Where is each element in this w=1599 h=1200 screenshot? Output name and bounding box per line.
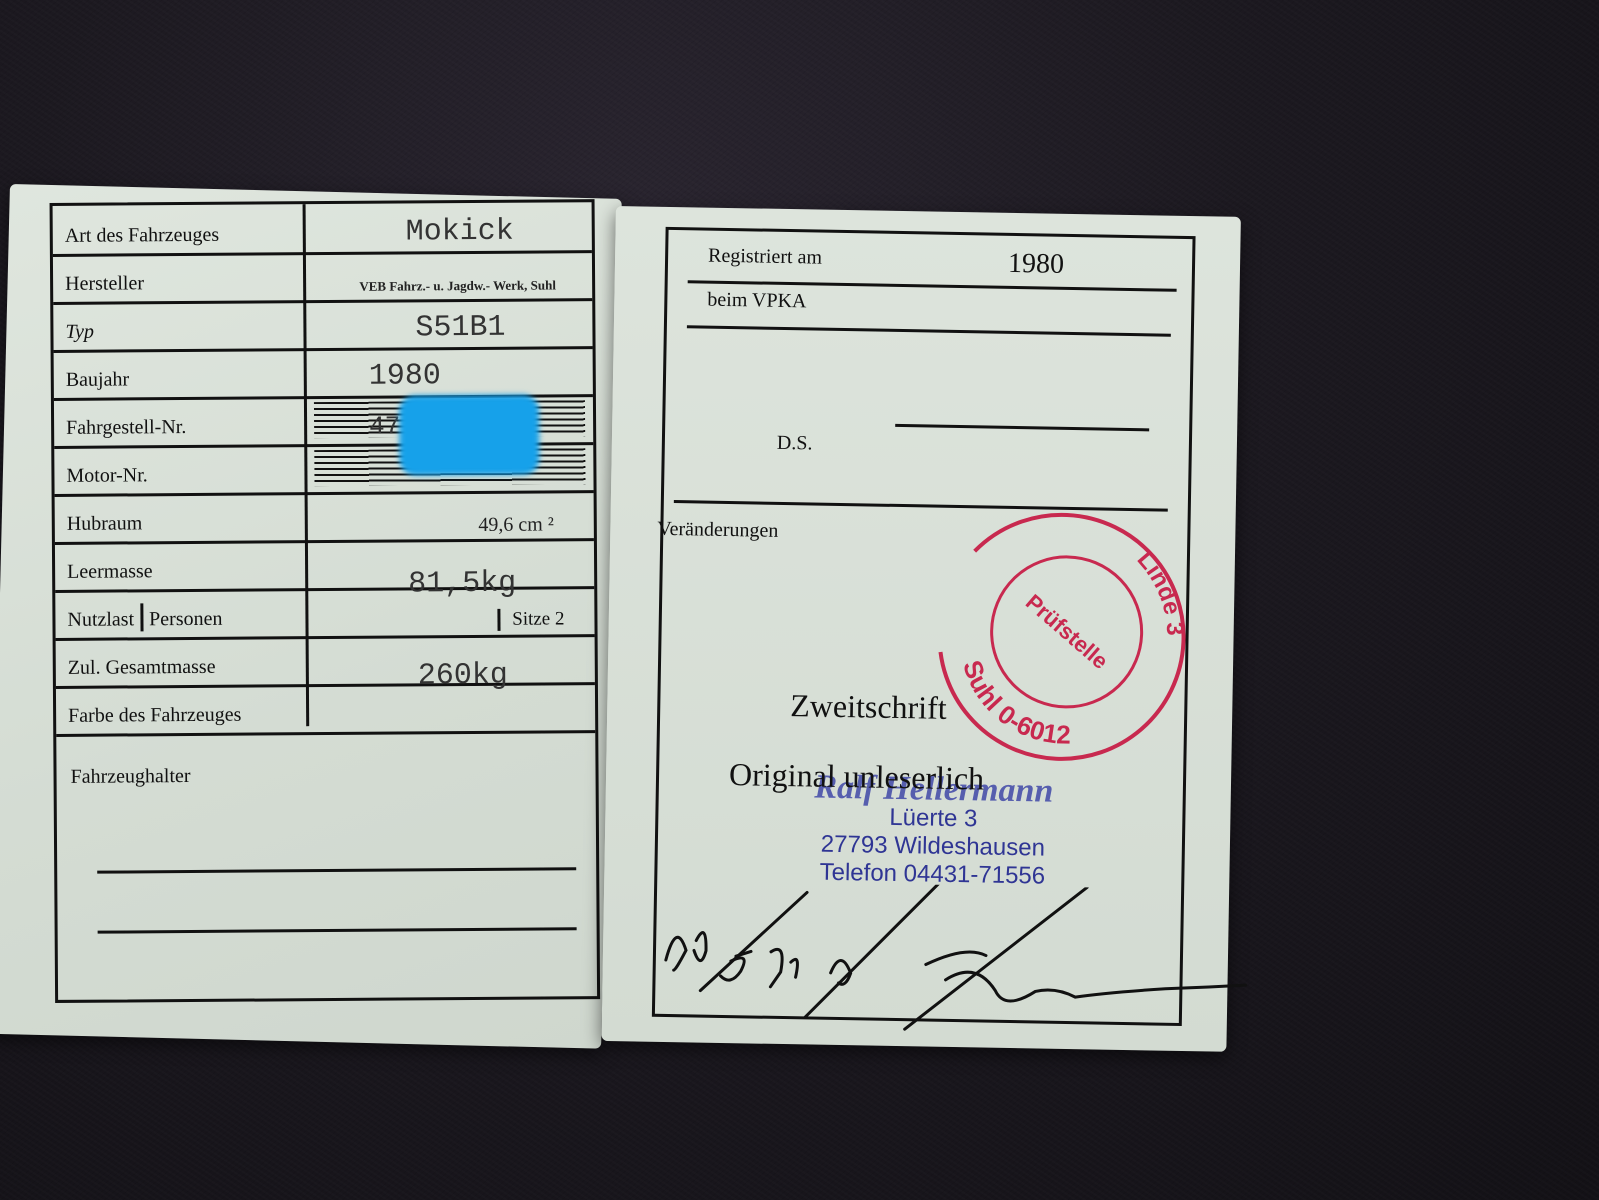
field-label: NutzlastPersonen — [67, 603, 222, 632]
field-fahrgestell: Fahrgestell-Nr. 47 — [54, 394, 593, 449]
svg-text:Linde 3: Linde 3 — [1130, 546, 1190, 637]
stamp-ring-left: Suhl 0-6012 — [956, 656, 1072, 750]
registered-label: Registriert am — [708, 245, 822, 270]
redaction-blur — [399, 395, 540, 476]
field-label: Hubraum — [67, 512, 143, 536]
field-label: Baujahr — [66, 368, 129, 391]
copy-note: Zweitschrift — [790, 687, 947, 727]
field-leermasse: Leermasse 81,5kg — [55, 538, 594, 593]
holder-line-2 — [98, 927, 577, 933]
holder-label: Fahrzeughalter — [70, 765, 190, 789]
seats-value: Sitze 2 — [497, 608, 564, 630]
separator — [140, 603, 143, 631]
field-label: Leermasse — [67, 560, 153, 584]
ds-line — [895, 424, 1149, 431]
stamp-center-text: Prüfstelle — [1021, 589, 1113, 674]
field-value: VEB Fahrz.- u. Jagdw.- Werk, Suhl — [343, 278, 572, 294]
original-note: Original unleserlich — [729, 756, 985, 797]
inspection-stamp: Prüfstelle Linde 3 Suhl 0-6012 — [929, 505, 1193, 769]
left-page: Art des Fahrzeuges Mokick Hersteller VEB… — [0, 184, 622, 1049]
field-value — [331, 728, 595, 730]
changes-label: Veränderungen — [657, 518, 778, 543]
ds-label: D.S. — [777, 432, 813, 456]
divider — [687, 325, 1171, 336]
field-farbe: Farbe des Fahrzeuges — [56, 682, 595, 737]
personen-label: Personen — [149, 608, 222, 631]
field-label: Typ — [65, 321, 94, 344]
stamp-ring-right: Linde 3 — [1130, 546, 1190, 637]
field-value: 1980 — [329, 358, 593, 394]
left-page-frame: Art des Fahrzeuges Mokick Hersteller VEB… — [50, 199, 601, 1003]
nutzlast-label: Nutzlast — [67, 608, 134, 630]
field-art: Art des Fahrzeuges Mokick — [53, 202, 592, 257]
registered-value: 1980 — [1008, 248, 1065, 281]
field-label: Fahrgestell-Nr. — [66, 416, 186, 440]
field-value: Mokick — [328, 214, 592, 250]
vpka-label: beim VPKA — [707, 289, 806, 314]
field-hubraum: Hubraum 49,6 cm ² — [55, 490, 594, 545]
field-value: S51B1 — [328, 310, 592, 346]
field-gesamtmasse: Zul. Gesamtmasse 260kg — [56, 634, 595, 689]
field-value: 49,6 cm ² — [330, 513, 594, 538]
right-page: Registriert am 1980 beim VPKA D.S. Verän… — [601, 206, 1240, 1052]
field-label: Zul. Gesamtmasse — [68, 656, 216, 680]
right-page-frame: Registriert am 1980 beim VPKA D.S. Verän… — [652, 227, 1196, 1026]
signature — [655, 880, 1298, 1041]
field-label: Hersteller — [65, 272, 144, 296]
field-nutzlast: NutzlastPersonen Sitze 2 — [55, 586, 594, 641]
svg-text:Suhl 0-6012: Suhl 0-6012 — [956, 656, 1072, 750]
field-hersteller: Hersteller VEB Fahrz.- u. Jagdw.- Werk, … — [53, 250, 592, 305]
vehicle-registration-document: Art des Fahrzeuges Mokick Hersteller VEB… — [10, 184, 1255, 1064]
field-label: Farbe des Fahrzeuges — [68, 704, 241, 728]
field-label: Art des Fahrzeuges — [65, 224, 220, 248]
field-label: Motor-Nr. — [66, 464, 147, 488]
field-baujahr: Baujahr 1980 — [54, 346, 593, 401]
field-typ: Typ S51B1 — [53, 298, 592, 353]
holder-line-1 — [97, 867, 576, 873]
